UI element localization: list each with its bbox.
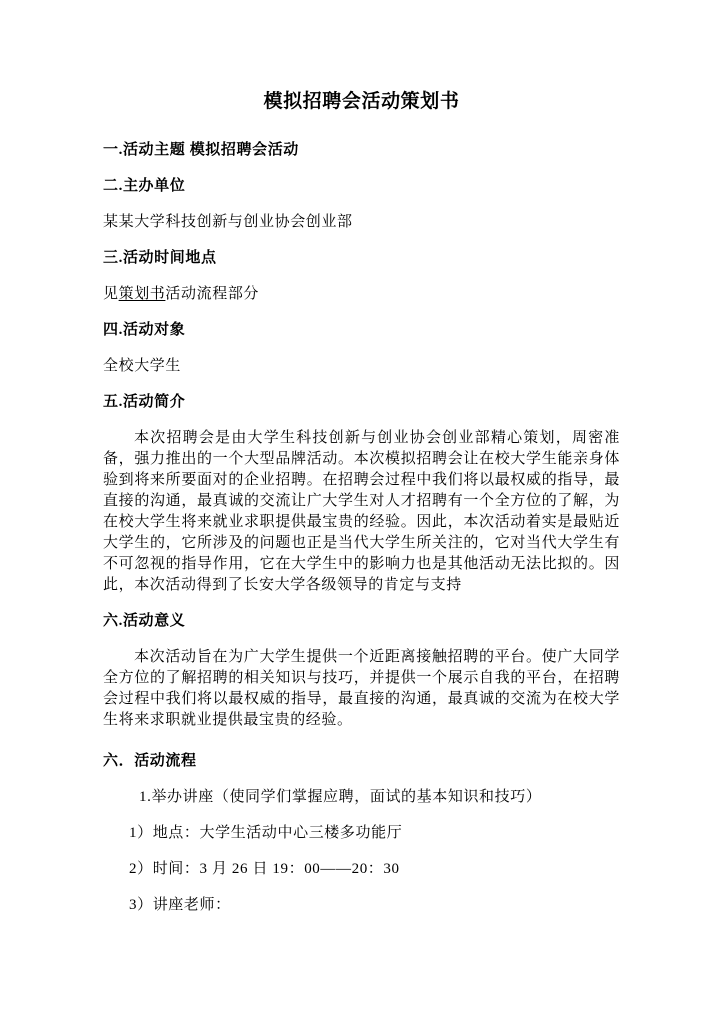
document-page: 模拟招聘会活动策划书 一.活动主题 模拟招聘会活动 二.主办单位 某某大学科技创… (0, 0, 721, 1020)
section-audience-heading: 四.活动对象 (103, 320, 620, 341)
intro-paragraph: 本次招聘会是由大学生科技创新与创业协会创业部精心策划，周密准备，强力推出的一个大… (103, 428, 620, 596)
time-place-pre-text: 见 (103, 286, 119, 302)
section-procedure-heading: 六．活动流程 (103, 751, 620, 772)
time-place-post-text: 活动流程部分 (165, 286, 259, 302)
section-organizer-heading: 二.主办单位 (103, 176, 620, 197)
time-place-text: 见策划书活动流程部分 (103, 284, 620, 305)
section-significance-heading: 六.活动意义 (103, 611, 620, 632)
section-intro-heading: 五.活动简介 (103, 392, 620, 413)
time-place-underlined-ref: 策划书 (119, 286, 166, 302)
lecture-time-text: 2）时间：3 月 26 日 19：00——20：30 (103, 859, 620, 880)
organizer-text: 某某大学科技创新与创业协会创业部 (103, 212, 620, 233)
significance-paragraph: 本次活动旨在为广大学生提供一个近距离接触招聘的平台。使广大同学全方位的了解招聘的… (103, 647, 620, 731)
lecture-place-text: 1）地点：大学生活动中心三楼多功能厅 (103, 823, 620, 844)
section-theme-heading: 一.活动主题 模拟招聘会活动 (103, 140, 620, 161)
procedure-item-lecture: 1.举办讲座（使同学们掌握应聘，面试的基本知识和技巧） (103, 787, 620, 808)
audience-text: 全校大学生 (103, 356, 620, 377)
document-title: 模拟招聘会活动策划书 (103, 90, 620, 114)
lecture-teacher-text: 3）讲座老师： (103, 895, 620, 916)
section-time-place-heading: 三.活动时间地点 (103, 248, 620, 269)
